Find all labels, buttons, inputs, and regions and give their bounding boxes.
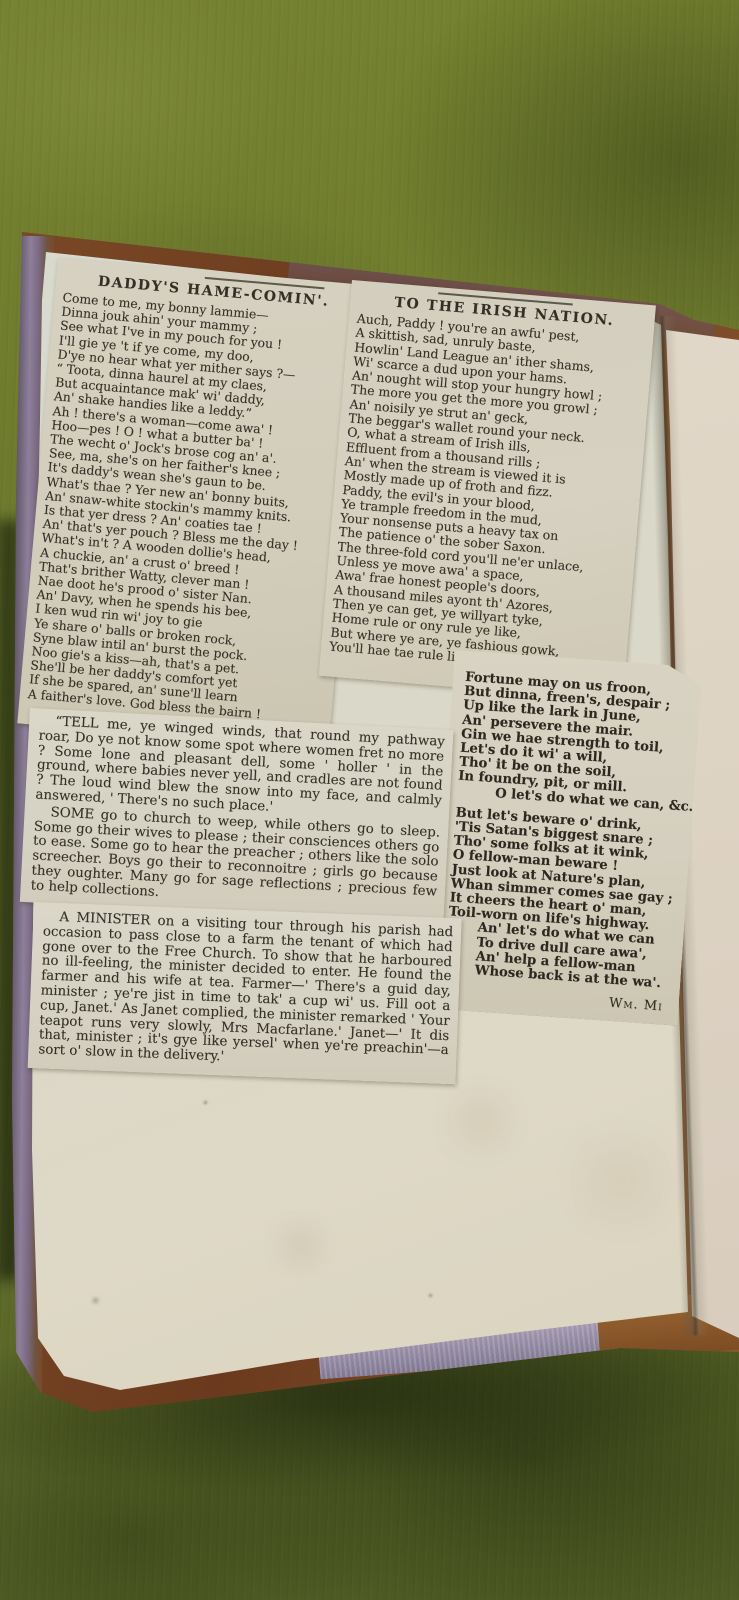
clipping-to-the-irish-nation: TO THE IRISH NATION. Auch, Paddy ! you'r… [319, 280, 656, 701]
prose-paragraph: A MINISTER on a visiting tour through hi… [38, 910, 453, 1074]
clipping-minister-anecdote: A MINISTER on a visiting tour through hi… [28, 902, 462, 1084]
clipping-winged-winds: “TELL me, ye winged winds, that round my… [20, 708, 454, 923]
poem-stanza: Fortune may on us froon,But dinna, freen… [457, 671, 695, 815]
clipping-daddys-hame-comin: DADDY'S HAME-COMIN'. Come to me, my bonn… [17, 258, 369, 750]
poem-body: Come to me, my bonny lammie—Dinna jouk a… [27, 291, 362, 727]
poem-stanza: But let's beware o' drink,'Tis Satan's b… [444, 806, 685, 992]
photo-scene: DADDY'S HAME-COMIN'. Come to me, my bonn… [0, 0, 739, 1600]
prose-paragraph: SOME go to church to weep, while others … [30, 805, 440, 915]
poem-body: Auch, Paddy ! you're an awfu' pest,A ski… [329, 312, 650, 678]
clipping-fortune-may-froon: Fortune may on us froon,But dinna, freen… [430, 650, 702, 1026]
